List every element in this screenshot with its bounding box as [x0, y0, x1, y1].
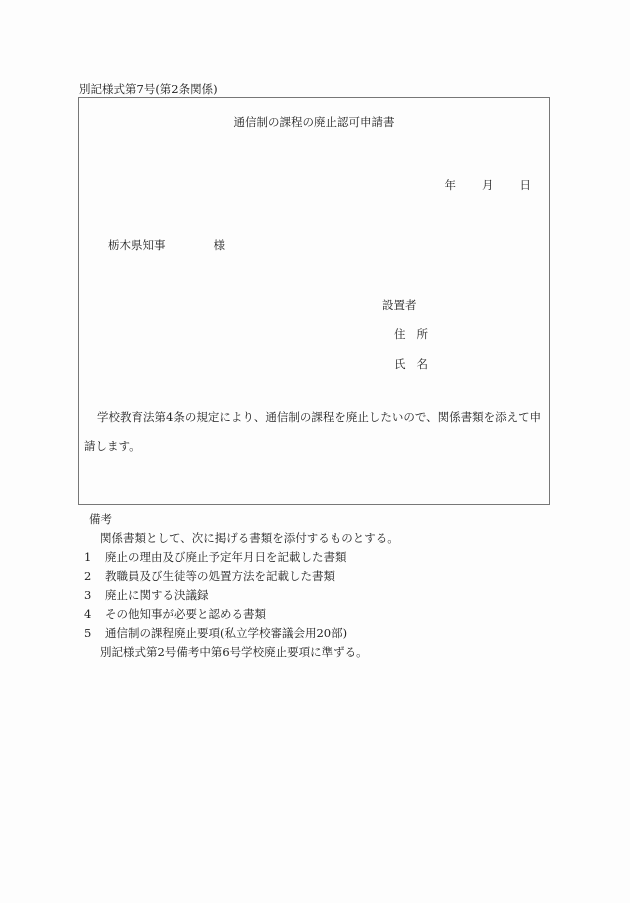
notes-intro: 関係書類として、次に掲げる書類を添付するものとする。 — [79, 529, 399, 548]
notes-heading: 備考 — [79, 510, 399, 529]
date-year-label: 年 — [445, 177, 457, 193]
date-line: 年月日 — [445, 177, 532, 193]
applicant-label: 設置者 — [382, 297, 417, 313]
notes-tail: 別記様式第2号備考中第6号学校廃止要項に準ずる。 — [79, 643, 399, 662]
applicant-name-label: 氏名 — [394, 356, 439, 372]
addressee: 栃木県知事様 — [108, 237, 225, 253]
notes-item: 5通信制の課程廃止要項(私立学校審議会用20部) — [79, 624, 399, 643]
applicant-address-label: 住所 — [394, 326, 439, 342]
notes-item: 4その他知事が必要と認める書類 — [79, 605, 399, 624]
addressee-name: 栃木県知事 — [108, 238, 166, 252]
application-body: 学校教育法第4条の規定により、通信制の課程を廃止したいので、関係書類を添えて申 … — [84, 403, 546, 461]
application-body-line-2: 請します。 — [84, 439, 141, 453]
notes-section: 備考 関係書類として、次に掲げる書類を添付するものとする。 1廃止の理由及び廃止… — [79, 510, 399, 662]
notes-item: 1廃止の理由及び廃止予定年月日を記載した書類 — [79, 548, 399, 567]
notes-item: 2教職員及び生徒等の処置方法を記載した書類 — [79, 567, 399, 586]
date-day-label: 日 — [520, 177, 532, 193]
application-form-frame: 通信制の課程の廃止認可申請書 年月日 栃木県知事様 設置者 住所 氏名 学校教育… — [78, 97, 550, 505]
notes-item: 3廃止に関する決議録 — [79, 586, 399, 605]
addressee-honorific: 様 — [214, 238, 226, 252]
application-body-line-1: 学校教育法第4条の規定により、通信制の課程を廃止したいので、関係書類を添えて申 — [84, 403, 546, 432]
form-title: 通信制の課程の廃止認可申請書 — [79, 114, 549, 130]
form-number-label: 別記様式第7号(第2条関係) — [79, 81, 218, 97]
date-month-label: 月 — [482, 177, 494, 193]
